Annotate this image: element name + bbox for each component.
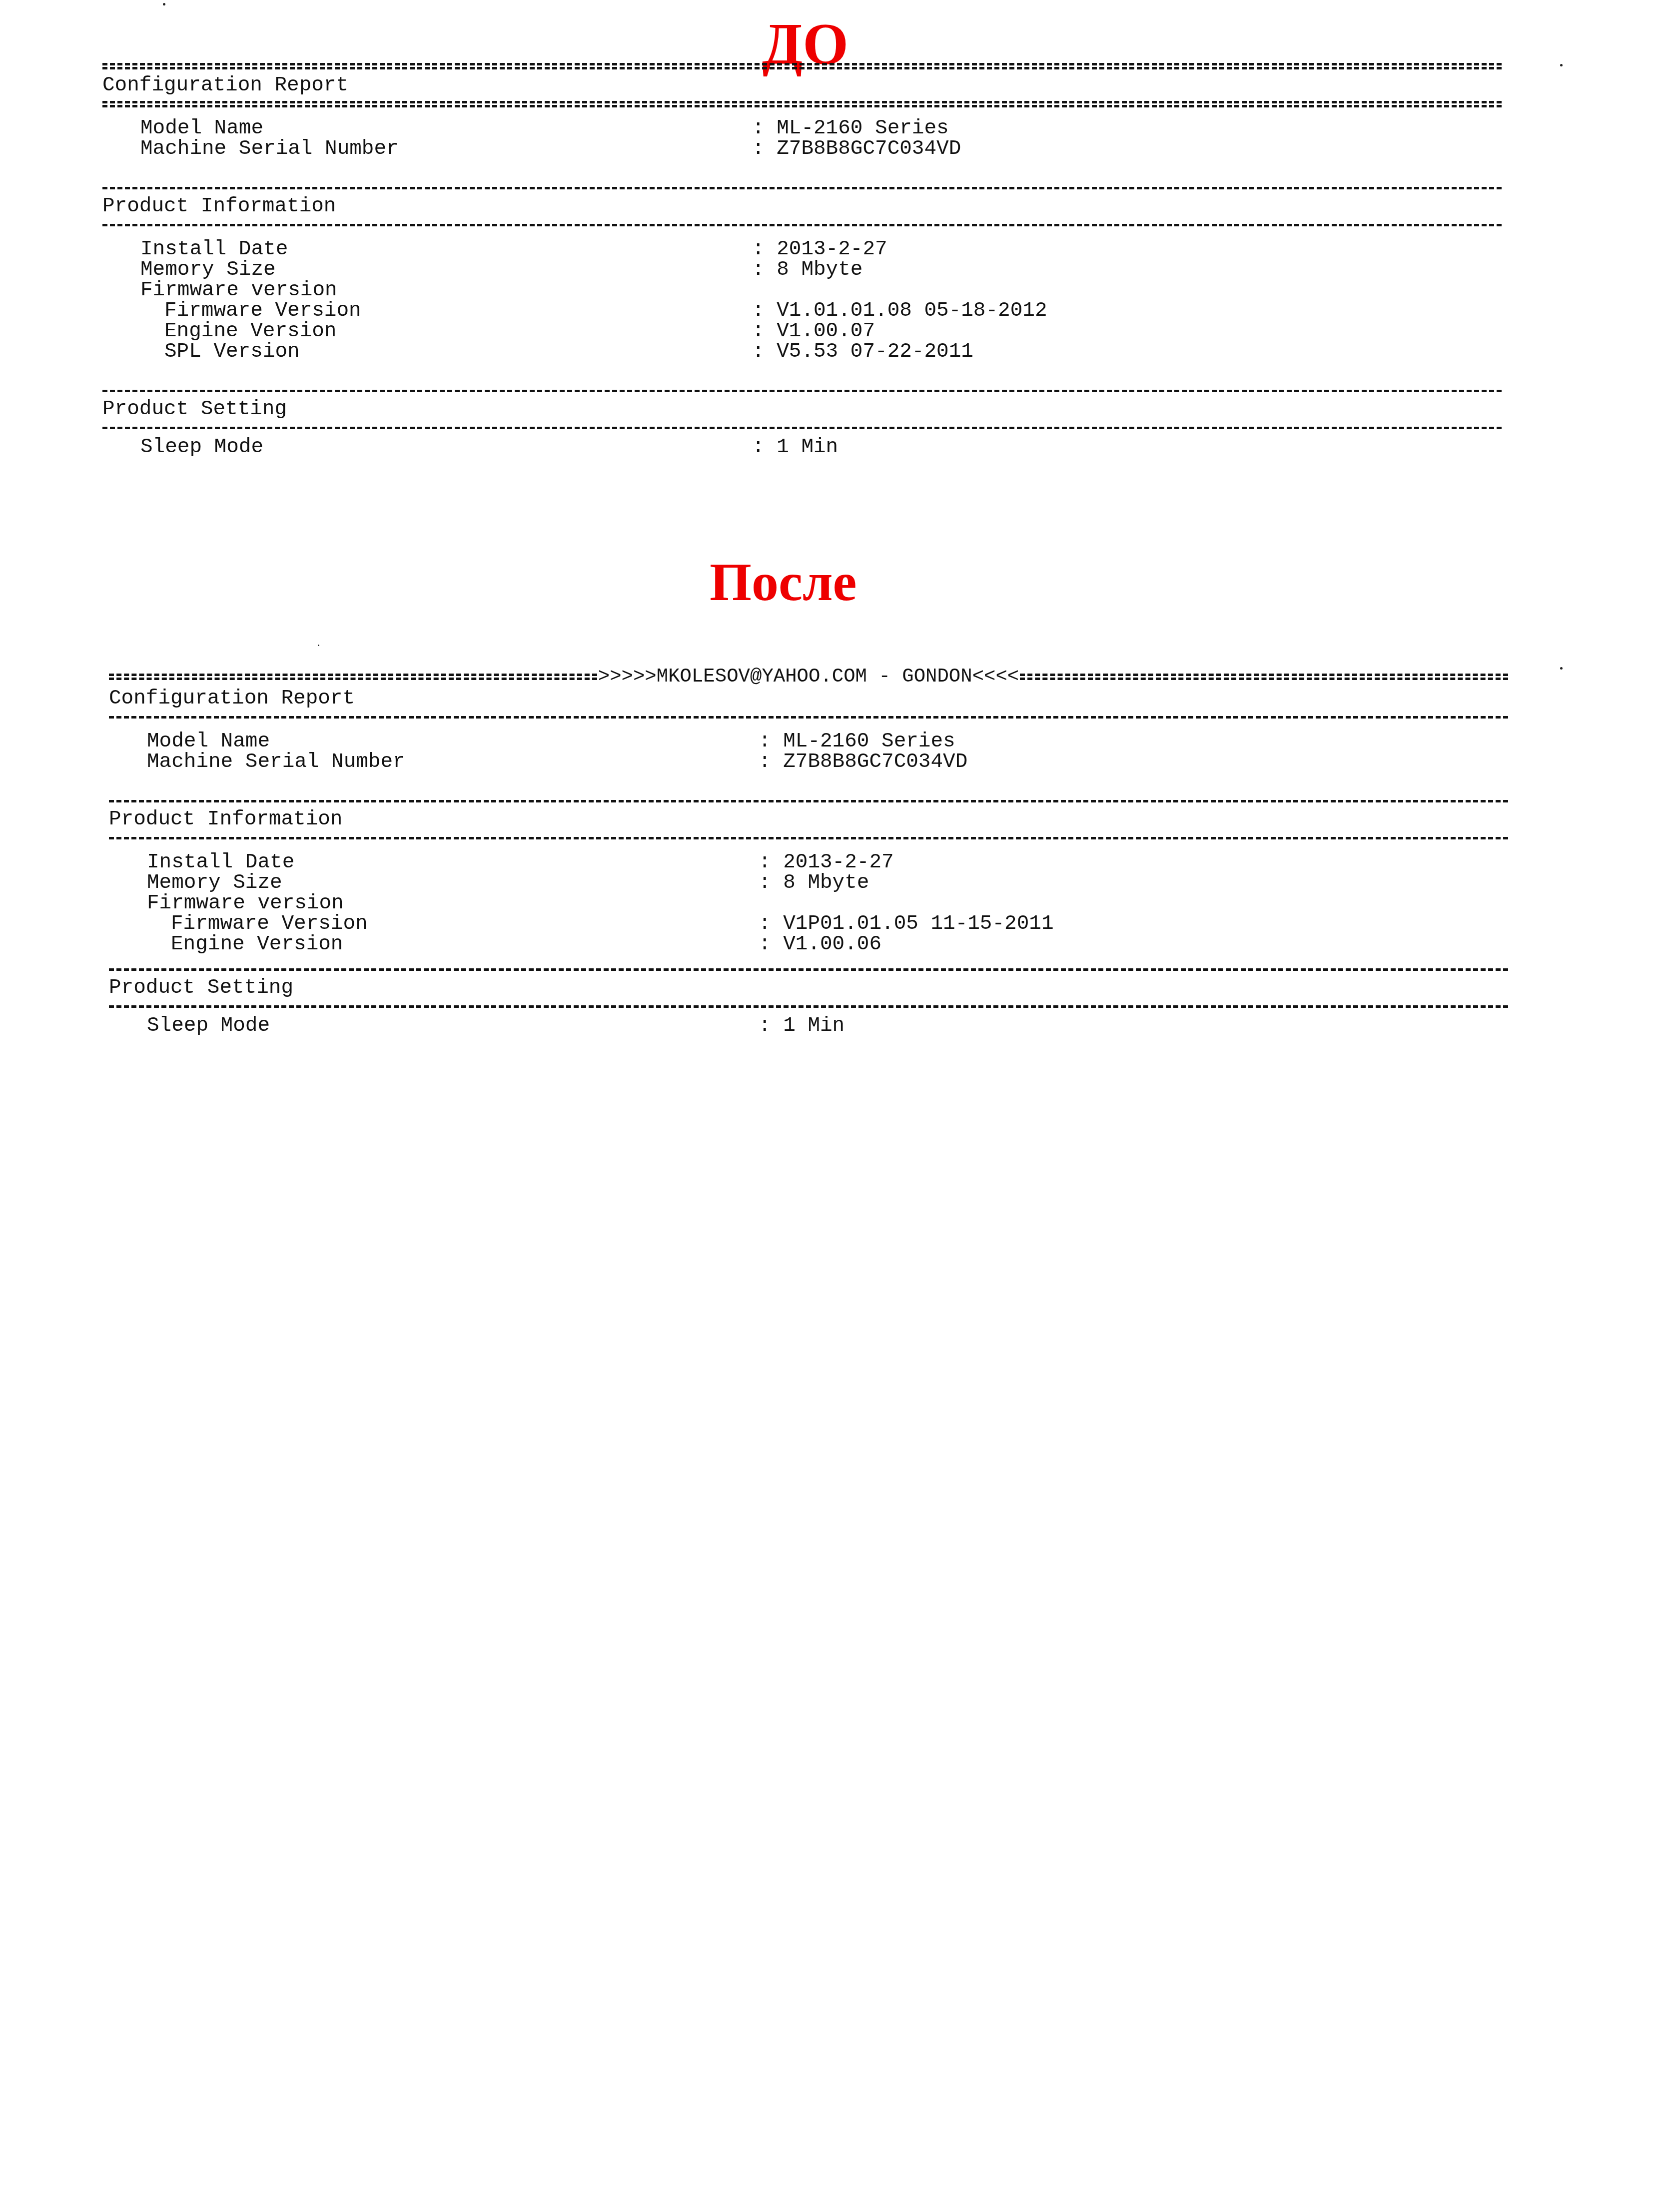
banner-text: >>>>>MKOLESOV@YAHOO.COM - GONDON<<<< [597,666,1020,688]
field-label: Model Name [109,732,759,752]
scan-speck [1560,64,1563,66]
field-row: Model Name : ML-2160 Series [109,732,1508,752]
banner-rule: >>>>>MKOLESOV@YAHOO.COM - GONDON<<<< [109,666,1508,688]
field-row: Memory Size: 8 Mbyte [109,873,1508,893]
field-value: : 1 Min [759,1016,844,1036]
double-rule [102,62,1502,69]
field-value: : 8 Mbyte [752,260,862,280]
field-value: : Z7B8B8GC7C034VD [752,139,961,159]
section-title-product-setting: Product Setting [109,977,1508,999]
field-value: : 2013-2-27 [752,239,887,260]
dashed-rule [109,966,1508,973]
field-value: : V1.01.01.08 05-18-2012 [752,301,1047,321]
field-row: Install Date: 2013-2-27 [109,852,1508,873]
field-row: Model Name : ML-2160 Series [102,118,1502,139]
field-value: : V5.53 07-22-2011 [752,342,973,362]
field-label: Memory Size [102,260,752,280]
report-title: Configuration Report [109,688,1508,710]
field-value: : ML-2160 Series [759,732,955,752]
scan-speck [1560,667,1563,670]
field-row: SPL Version: V5.53 07-22-2011 [102,342,1502,362]
field-row: Sleep Mode: 1 Min [102,437,1502,458]
field-label: Install Date [109,852,759,873]
field-value: : Z7B8B8GC7C034VD [759,752,967,772]
field-label: Engine Version [102,321,752,342]
dashed-rule [102,184,1502,191]
field-value: : 2013-2-27 [759,852,894,873]
dashed-rule [102,221,1502,228]
field-value: : ML-2160 Series [752,118,949,139]
field-row: Install Date: 2013-2-27 [102,239,1502,260]
field-label: Model Name [102,118,752,139]
field-row: Engine Version: V1.00.07 [102,321,1502,342]
field-label: Sleep Mode [109,1016,759,1036]
field-value: : V1P01.01.05 11-15-2011 [759,914,1054,934]
field-label: Firmware version [109,893,759,914]
section-title-product-information: Product Information [102,195,1502,217]
field-row: Firmware Version: V1.01.01.08 05-18-2012 [102,301,1502,321]
dashed-rule [109,834,1508,841]
report-title: Configuration Report [102,74,1502,96]
dashed-rule [109,1003,1508,1010]
field-label: Sleep Mode [102,437,752,458]
field-value: : 1 Min [752,437,838,458]
field-value: : V1.00.06 [759,934,881,955]
dashed-rule [102,424,1502,431]
field-row: Firmware version [102,280,1502,301]
field-label: Install Date [102,239,752,260]
field-label: SPL Version [102,342,752,362]
scan-speck [318,645,319,646]
dashed-rule [109,797,1508,804]
report-after: >>>>>MKOLESOV@YAHOO.COM - GONDON<<<< Con… [109,666,1508,1036]
section-title-product-information: Product Information [109,808,1508,830]
field-label: Machine Serial Number [102,139,752,159]
field-row: Machine Serial Number : Z7B8B8GC7C034VD [102,139,1502,159]
scan-speck [163,3,165,5]
field-row: Firmware Version: V1P01.01.05 11-15-2011 [109,914,1508,934]
field-row: Memory Size: 8 Mbyte [102,260,1502,280]
dashed-rule [109,714,1508,721]
field-value: : V1.00.07 [752,321,875,342]
field-label: Memory Size [109,873,759,893]
section-title-product-setting: Product Setting [102,398,1502,420]
field-row: Machine Serial Number : Z7B8B8GC7C034VD [109,752,1508,772]
field-value: : 8 Mbyte [759,873,869,893]
field-row: Engine Version: V1.00.06 [109,934,1508,955]
field-row: Sleep Mode: 1 Min [109,1016,1508,1036]
dashed-rule [102,387,1502,394]
field-label: Firmware Version [102,301,752,321]
double-rule [102,100,1502,107]
field-label: Machine Serial Number [109,752,759,772]
field-label: Engine Version [109,934,759,955]
field-label: Firmware version [102,280,752,301]
report-before: Configuration Report Model Name : ML-216… [102,62,1502,458]
field-row: Firmware version [109,893,1508,914]
after-heading: После [710,556,856,610]
field-label: Firmware Version [109,914,759,934]
